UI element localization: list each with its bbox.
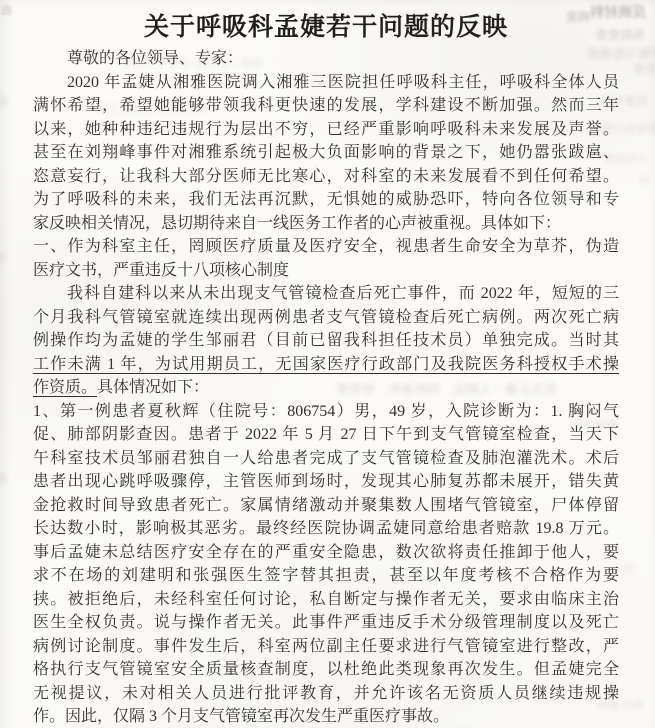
text-segment: 格执行支气管镜室安全质量核查制度，以杜绝此类现象再次发生。但孟婕完全 <box>33 661 619 678</box>
text-segment: 1、第一例患者夏秋辉（住院号：806754）男，49 岁，入院诊断为：1. 胸闷… <box>33 403 619 420</box>
document-title: 关于呼吸科孟婕若干问题的反映 <box>33 11 619 44</box>
text-segment: 无视提议，未对相关人员进行批评教育，并允许该名无资质人员继续违规操 <box>33 685 619 702</box>
text-line: 例操作均为孟婕的学生邹丽君（目前已留我科担任技术员）单独完成。当时其 <box>33 329 619 353</box>
text-segment: 满怀希望，希望她能够带领我科更快速的发展，学科建设不断加强。然而三年 <box>33 97 619 114</box>
text-line: 满怀希望，希望她能够带领我科更快速的发展，学科建设不断加强。然而三年 <box>33 94 619 118</box>
text-line: 一、作为科室主任，罔顾医疗质量及医疗安全，视患者生命安全为草芥，伪造 <box>33 235 619 259</box>
text-segment: 患者出现心跳呼吸骤停，主管医师到场时，发现其心肺复苏都未展开，错失黄 <box>33 473 619 490</box>
text-line: 恣意妄行，让我科大部分医师无比寒心，对科室的未来发展看不到任何希望。 <box>33 165 619 189</box>
text-segment: 病例讨论制度。事件发生后，科室两位副主任要求进行气管镜室进行整改，严 <box>33 638 619 655</box>
text-segment: 金抢救时间导致患者死亡。家属情绪激动并聚集数人围堵气管镜室，尸体停留 <box>33 497 619 514</box>
text-line: 2020 年孟婕从湘雅医院调入湘雅三医院担任呼吸科主任，呼吸科全体人员 <box>33 71 619 95</box>
bleedthrough-mark: 管理 <box>634 60 655 77</box>
bleedthrough-mark: 号 <box>0 250 7 267</box>
text-line: 作资质。具体情况如下： <box>33 376 619 400</box>
text-line: 患者出现心跳呼吸骤停，主管医师到场时，发现其心肺复苏都未展开，错失黄 <box>33 470 619 494</box>
text-segment: 例操作均为孟婕的学生邹丽君（目前已留我科担任技术员）单独完成。当时其 <box>33 332 619 349</box>
text-segment: 家反映相关情况，恳切期待来自一线医务工作者的心声被重视。具体如下： <box>33 215 561 232</box>
scanned-document-page: 反映材料科室医院党委呼吸与危重症管理质量安全制度执行情况主任医师科湘雅三医院医务… <box>0 0 655 728</box>
text-line: 挟。被拒绝后，未经科室任何讨论，私自断定与操作者无关，要求由临床主治 <box>33 588 619 612</box>
text-line: 作。因此，仅隔 3 个月支气管镜室再次发生严重医疗事故。 <box>33 705 619 728</box>
text-line: 为了呼吸科的未来，我们无法再沉默，无惧她的威胁恐吓，特向各位领导和专 <box>33 188 619 212</box>
text-line: 甚至在刘翔峰事件对湘雅系统引起极大负面影响的背景之下，她仍嚣张跋扈、 <box>33 141 619 165</box>
text-line: 我科自建科以来从未出现支气管镜检查后死亡事件，而 2022 年，短短的三 <box>33 282 619 306</box>
text-line: 家反映相关情况，恳切期待来自一线医务工作者的心声被重视。具体如下： <box>33 212 619 236</box>
text-segment: 甚至在刘翔峰事件对湘雅系统引起极大负面影响的背景之下，她仍嚣张跋扈、 <box>33 144 619 161</box>
text-segment: 个月我科气管镜室就连续出现两例患者支气管镜检查后死亡病例。两次死亡病 <box>33 309 619 326</box>
text-line: 格执行支气管镜室安全质量核查制度，以杜绝此类现象再次发生。但孟婕完全 <box>33 658 619 682</box>
text-line: 事后孟婕未总结医疗安全存在的严重安全隐患，数次欲将责任推卸于他人，要 <box>33 541 619 565</box>
text-line: 1、第一例患者夏秋辉（住院号：806754）男，49 岁，入院诊断为：1. 胸闷… <box>33 400 619 424</box>
bleedthrough-mark: 出 <box>1 2 12 18</box>
text-line: 医生全权负责。说与操作者无关。此事件严重违反手术分级管理制度以及死亡 <box>33 611 619 635</box>
document-body: 尊敬的各位领导、专家：2020 年孟婕从湘雅医院调入湘雅三医院担任呼吸科主任，呼… <box>33 47 619 728</box>
text-segment: 尊敬的各位领导、专家： <box>67 50 243 67</box>
text-line: 无视提议，未对相关人员进行批评教育，并允许该名无资质人员继续违规操 <box>33 682 619 706</box>
bleedthrough-mark: 科 <box>638 172 649 188</box>
text-segment: 医疗文书，严重违反十八项核心制度 <box>33 262 289 279</box>
text-line: 尊敬的各位领导、专家： <box>33 47 619 71</box>
text-segment: 我科自建科以来从未出现支气管镜检查后死亡事件，而 2022 年，短短的三 <box>67 285 619 302</box>
text-line: 金抢救时间导致患者死亡。家属情绪激动并聚集数人围堵气管镜室，尸体停留 <box>33 494 619 518</box>
text-segment: 2020 年孟婕从湘雅医院调入湘雅三医院担任呼吸科主任，呼吸科全体人员 <box>67 74 619 91</box>
underlined-text: 作资质。 <box>33 379 97 396</box>
document-content: 关于呼吸科孟婕若干问题的反映 尊敬的各位领导、专家：2020 年孟婕从湘雅医院调… <box>33 0 619 728</box>
text-segment: 促、肺部阴影查因。患者于 2022 年 5 月 27 日下午到支气管镜室检查，当… <box>33 426 619 443</box>
text-segment: 挟。被拒绝后，未经科室任何讨论，私自断定与操作者无关，要求由临床主治 <box>33 591 619 608</box>
text-segment: 长达数小时，影响极其恶劣。最终经医院协调孟婕同意给患者赔款 19.8 万元。 <box>33 520 619 537</box>
text-segment: 医生全权负责。说与操作者无关。此事件严重违反手术分级管理制度以及死亡 <box>33 614 619 631</box>
text-line: 求不在场的刘建明和张强医生签字替其担责，甚至以年度考核不合格作为要 <box>33 564 619 588</box>
text-line: 以来，她种种违纪违规行为层出不穷，已经严重影响呼吸科未来发展及声誉。 <box>33 118 619 142</box>
text-segment: 午科室技术员邹丽君独自一人给患者完成了支气管镜检查及肺泡灌洗术。术后 <box>33 450 619 467</box>
text-segment: 一、作为科室主任，罔顾医疗质量及医疗安全，视患者生命安全为草芥，伪造 <box>33 238 619 255</box>
text-segment: 求不在场的刘建明和张强医生签字替其担责，甚至以年度考核不合格作为要 <box>33 567 619 584</box>
text-segment: 为了呼吸科的未来，我们无法再沉默，无惧她的威胁恐吓，特向各位领导和专 <box>33 191 619 208</box>
text-segment: 事后孟婕未总结医疗安全存在的严重安全隐患，数次欲将责任推卸于他人，要 <box>33 544 619 561</box>
text-line: 医疗文书，严重违反十八项核心制度 <box>33 259 619 283</box>
bleedthrough-mark: 记 <box>0 92 8 109</box>
underlined-text: 工作未满 1 年，为试用期员工，无国家医疗行政部门及我院医务科授权手术操 <box>33 356 619 373</box>
text-segment: 恣意妄行，让我科大部分医师无比寒心，对科室的未来发展看不到任何希望。 <box>33 168 619 185</box>
text-line: 工作未满 1 年，为试用期员工，无国家医疗行政部门及我院医务科授权手术操 <box>33 353 619 377</box>
text-segment: 作。因此，仅隔 3 个月支气管镜室再次发生严重医疗事故。 <box>33 708 449 725</box>
text-segment: 以来，她种种违纪违规行为层出不穷，已经严重影响呼吸科未来发展及声誉。 <box>33 121 619 138</box>
text-line: 长达数小时，影响极其恶劣。最终经医院协调孟婕同意给患者赔款 19.8 万元。 <box>33 517 619 541</box>
text-line: 个月我科气管镜室就连续出现两例患者支气管镜检查后死亡病例。两次死亡病 <box>33 306 619 330</box>
text-line: 促、肺部阴影查因。患者于 2022 年 5 月 27 日下午到支气管镜室检查，当… <box>33 423 619 447</box>
text-segment: 具体情况如下： <box>97 379 209 396</box>
bleedthrough-mark: 页 <box>0 470 8 487</box>
text-line: 病例讨论制度。事件发生后，科室两位副主任要求进行气管镜室进行整改，严 <box>33 635 619 659</box>
text-line: 午科室技术员邹丽君独自一人给患者完成了支气管镜检查及肺泡灌洗术。术后 <box>33 447 619 471</box>
